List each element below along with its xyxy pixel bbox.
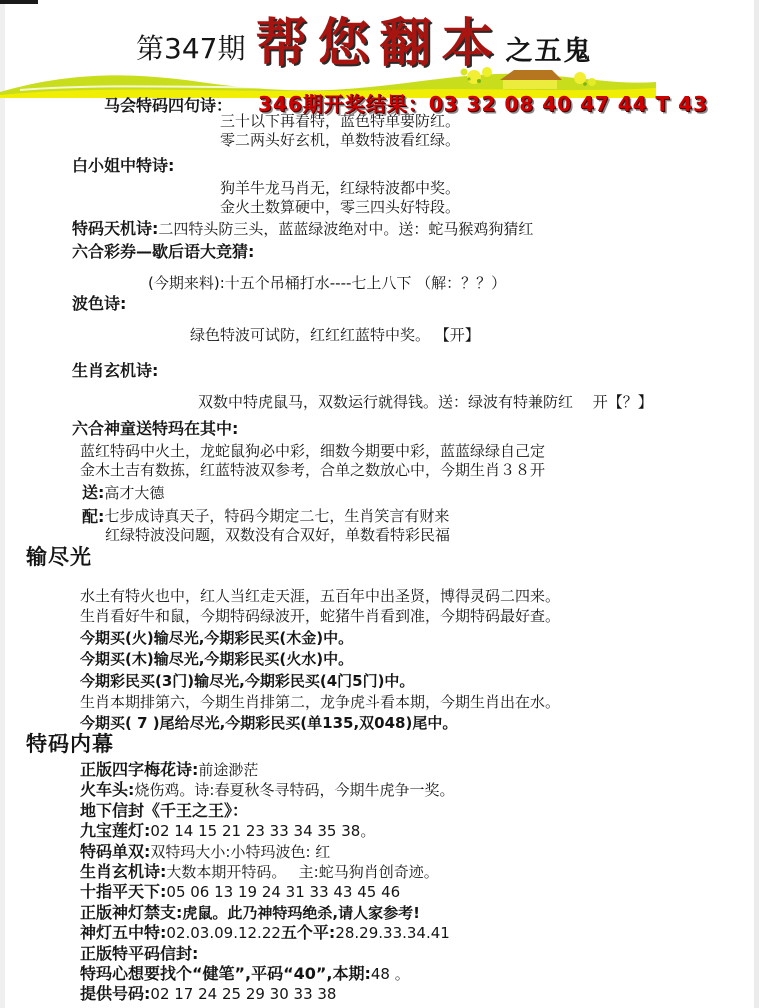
neimu-line: 正版神灯禁支:虎鼠。此乃神特玛绝杀,请人家参考! [80,903,770,923]
pei-text-1: 七步成诗真天子，特码今期定二七，生肖笑言有财来 [104,507,449,526]
neimu-label: 地下信封《千王之王》： [80,801,248,820]
neimu-section: 特码内幕 [0,735,770,754]
neimu-line: 正版四字梅花诗:前途渺茫 [80,760,770,780]
previous-draw-result: 346期开奖结果：03 32 08 40 47 44 T 43 [258,88,708,117]
neimu-line: 特玛心想要找个“健笔”,平码“40”,本期:48 。 [80,964,770,984]
body-line: 生肖看好牛和鼠，今期特码绿波开，蛇猪牛肖看到准，今期特码最好查。 [80,606,770,626]
poem-line: 零二两头好玄机，单数特波看红绿。 [220,131,770,150]
neimu-line: 火车头:烧伤鸡。诗:春夏秋冬寻特码，今期牛虎争一奖。 [80,780,770,800]
neimu-value: 虎鼠。此乃神特玛绝杀,请人家参考! [182,904,420,922]
bose-section: 波色诗: 绿色特波可试防，红红红蓝特中奖。 【开】 [0,294,770,345]
issue-number: 第347期 [136,34,245,70]
four-poem-section: 三十以下再看特，蓝色特单要防红。 零二两头好玄机，单数特波看红绿。 [0,112,770,150]
neimu-line: 神灯五中特:02.03.09.12.22五个平:28.29.33.34.41 [80,923,770,943]
body-line: 水土有特火也中，红人当红走天涯，五百年中出圣贤，博得灵码二四来。 [80,586,770,606]
body-line: 今期彩民买(3门)输尽光,今期彩民买(4门5门)中。 [80,671,770,691]
section-heading-large: 输尽光 [26,548,770,567]
shengxiao-line: 双数中特虎鼠马，双数运行就得钱。送：绿波有特兼防红 开【？】 [198,393,770,412]
neimu-value: 前途渺茫 [198,761,258,779]
pei-line: 配:七步成诗真天子，特码今期定二七，生肖笑言有财来 [82,507,770,526]
page-subtitle: 之五鬼 [505,38,592,70]
shentong-line: 金木土吉有数拣，红蓝特波双参考，合单之数放心中，今期生肖３８开 [80,461,770,480]
neimu-label: 火车头: [80,780,134,799]
neimu-label: 正版神灯禁支: [80,903,182,922]
song-label: 送: [82,483,104,502]
neimu-line: 九宝莲灯:02 14 15 21 23 33 34 35 38。 [80,821,770,841]
body-line: 今期买(木)输尽光,今期彩民买(火水)中。 [80,649,770,669]
neimu-line: 十指平天下:05 06 13 19 24 31 33 43 45 46 [80,882,770,902]
neimu-value: 28.29.33.34.41 [335,924,450,942]
section-heading: 生肖玄机诗: [72,361,770,380]
neimu-value: 烧伤鸡。诗:春夏秋冬寻特码，今期牛虎争一奖。 [134,781,454,799]
shujinguang-section: 输尽光 [0,548,770,567]
neimu-label: 正版特平码信封: [80,944,198,963]
neimu-label: 特玛心想要找个“健笔”,平码“40”,本期: [80,964,371,983]
page-header: 第347期 帮您翻本 之五鬼 [136,18,592,70]
section-heading: 白小姐中特诗: [72,156,770,175]
neimu-value: 02 17 24 25 29 30 33 38 [150,985,336,1003]
body-line: 生肖本期排第六，今期生肖排第二，龙争虎斗看本期，今期生肖出在水。 [80,692,770,712]
bose-line: 绿色特波可试防，红红红蓝特中奖。 【开】 [190,326,770,345]
shentong-line: 蓝红特码中火土，龙蛇鼠狗必中彩，细数今期要中彩，蓝蓝绿绿自己定 [80,442,770,461]
neimu-label: 正版四字梅花诗: [80,760,198,779]
body-line: 今期买(火)输尽光,今期彩民买(木金)中。 [80,628,770,648]
tianji-text: 二四特头防三头，蓝蓝绿波绝对中。送：蛇马猴鸡狗猜红 [158,220,533,238]
song-text: 高才大德 [104,484,164,502]
neimu-label: 特码单双: [80,842,150,861]
neimu-line: 特码单双:双特玛大小:小特玛波色: 红 [80,842,770,862]
poem-line: 狗羊牛龙马肖无，红绿特波都中奖。 [220,179,770,198]
neimu-label: 九宝莲灯: [80,821,150,840]
neimu-line: 正版特平码信封: [80,944,770,964]
neimu-value: 05 06 13 19 24 31 33 43 45 46 [166,883,400,901]
shentong-section: 六合神童送特玛在其中: 蓝红特码中火土，龙蛇鼠狗必中彩，细数今期要中彩，蓝蓝绿绿… [0,419,770,545]
pei-text-2: 红绿特波没问题，双数没有合双好，单数看特彩民福 [105,526,770,545]
neimu-label: 生肖玄机诗: [80,862,166,881]
neimu-value: 48 。 [371,965,410,983]
poem-line: 金火土数算硬中，零三四头好特段。 [220,198,770,217]
neimu-line: 提供号码:02 17 24 25 29 30 33 38 [80,984,770,1004]
lottery-tip-sheet-page: 第347期 帮您翻本 之五鬼 马会特码四句诗： 346期开奖结果：03 32 0… [0,0,778,1008]
body-line: 今期买( 7 )尾给尽光,今期彩民买(单135,双048)尾中。 [80,713,770,733]
tianji-line: 特码天机诗:二四特头防三头，蓝蓝绿波绝对中。送：蛇马猴鸡狗猜红 [72,219,770,239]
neimu-value: 大数本期开特码。 主:蛇马狗肖创奇迹。 [166,863,438,881]
tianji-section: 特码天机诗:二四特头防三头，蓝蓝绿波绝对中。送：蛇马猴鸡狗猜红 六合彩券—歇后语… [0,219,770,261]
neimu-line: 生肖玄机诗:大数本期开特码。 主:蛇马狗肖创奇迹。 [80,862,770,882]
neimu-line: 地下信封《千王之王》： [80,801,770,821]
shengxiao-section: 生肖玄机诗: 双数中特虎鼠马，双数运行就得钱。送：绿波有特兼防红 开【？】 [0,361,770,412]
neimu-label: 五个平: [281,923,335,942]
section-heading: 六合神童送特玛在其中: [72,419,770,438]
neimu-value: 双特玛大小:小特玛波色: 红 [150,843,330,861]
xiehouyu-clue-section: (今期来料):十五个吊桶打水----七上八下 （解：？？） [0,274,770,293]
result-row: 马会特码四句诗： 346期开奖结果：03 32 08 40 47 44 T 43 [104,88,708,117]
corner-mark [0,0,38,4]
neimu-body: 正版四字梅花诗:前途渺茫 火车头:烧伤鸡。诗:春夏秋冬寻特码，今期牛虎争一奖。 … [0,760,770,1005]
neimu-value: 02 14 15 21 23 33 34 35 38。 [150,822,375,840]
section-heading-large: 特码内幕 [26,735,770,754]
shujinguang-body: 水土有特火也中，红人当红走天涯，五百年中出圣贤，博得灵码二四来。 生肖看好牛和鼠… [0,586,770,734]
tianji-label: 特码天机诗: [72,219,158,238]
neimu-value: 02.03.09.12.22 [166,924,281,942]
bai-xiaojie-section: 白小姐中特诗: 狗羊牛龙马肖无，红绿特波都中奖。 金火土数算硬中，零三四头好特段… [0,156,770,217]
pei-label: 配: [82,507,104,526]
xiehouyu-heading: 六合彩券—歇后语大竞猜: [72,242,770,261]
neimu-label: 十指平天下: [80,882,166,901]
neimu-label: 提供号码: [80,984,150,1003]
four-line-poem-label: 马会特码四句诗： [104,93,232,116]
neimu-label: 神灯五中特: [80,923,166,942]
page-title: 帮您翻本 [255,18,503,70]
section-heading: 波色诗: [72,294,770,313]
xiehouyu-clue: (今期来料):十五个吊桶打水----七上八下 （解：？？） [148,274,770,293]
song-line: 送:高才大德 [82,483,770,503]
